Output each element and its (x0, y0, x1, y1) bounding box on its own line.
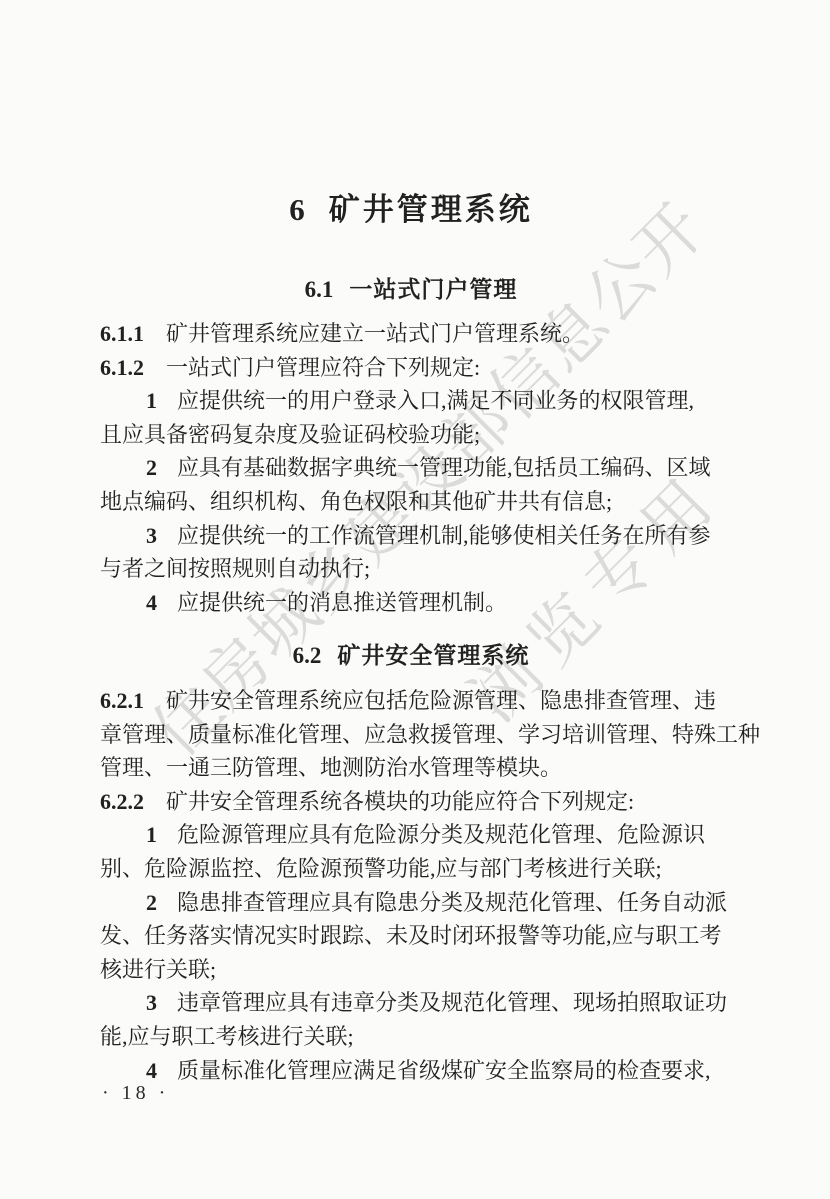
chapter-number: 6 (289, 192, 305, 227)
text-line: 6.1.1矿井管理系统应建立一站式门户管理系统。 (100, 317, 722, 351)
line-text: 章管理、质量标准化管理、应急救援管理、学习培训管理、特殊工种 (100, 722, 760, 747)
text-line: 能,应与职工考核进行关联; (100, 1020, 722, 1054)
section-title-text: 矿井安全管理系统 (337, 642, 529, 668)
text-line: 4应提供统一的消息推送管理机制。 (100, 586, 722, 620)
line-number: 1 (146, 388, 157, 413)
line-text: 地点编码、组织机构、角色权限和其他矿井共有信息; (100, 489, 612, 514)
line-number: 2 (146, 455, 157, 480)
chapter-title-text: 矿井管理系统 (329, 192, 533, 227)
section-title-text: 一站式门户管理 (349, 276, 517, 302)
line-text: 发、任务落实情况实时跟踪、未及时闭环报警等功能,应与职工考 (100, 923, 722, 948)
line-text: 矿井安全管理系统应包括危险源管理、隐患排查管理、违 (166, 688, 716, 713)
line-text: 违章管理应具有违章分类及规范化管理、现场拍照取证功 (177, 990, 727, 1015)
text-line: 1危险源管理应具有危险源分类及规范化管理、危险源识 (100, 818, 722, 852)
text-line: 别、危险源监控、危险源预警功能,应与部门考核进行关联; (100, 852, 722, 886)
line-text: 且应具备密码复杂度及验证码校验功能; (100, 422, 480, 447)
line-text: 管理、一通三防管理、地测防治水管理等模块。 (100, 755, 562, 780)
text-line: 章管理、质量标准化管理、应急救援管理、学习培训管理、特殊工种 (100, 718, 722, 752)
page-number: · 18 · (102, 1082, 169, 1105)
text-line: 3应提供统一的工作流管理机制,能够使相关任务在所有参 (100, 519, 722, 553)
text-line: 6.2.1矿井安全管理系统应包括危险源管理、隐患排查管理、违 (100, 684, 722, 718)
text-line: 地点编码、组织机构、角色权限和其他矿井共有信息; (100, 485, 722, 519)
text-line: 6.1.2一站式门户管理应符合下列规定: (100, 351, 722, 385)
line-number: 3 (146, 523, 157, 548)
text-line: 3违章管理应具有违章分类及规范化管理、现场拍照取证功 (100, 986, 722, 1020)
section-number: 6.1 (305, 277, 334, 302)
text-line: 2隐患排查管理应具有隐患分类及规范化管理、任务自动派 (100, 886, 722, 920)
line-text: 危险源管理应具有危险源分类及规范化管理、危险源识 (177, 822, 705, 847)
line-number: 6.1.2 (100, 355, 144, 380)
line-number: 6.2.2 (100, 789, 144, 814)
line-number: 1 (146, 822, 157, 847)
line-text: 应提供统一的用户登录入口,满足不同业务的权限管理, (177, 388, 694, 413)
line-text: 应提供统一的工作流管理机制,能够使相关任务在所有参 (177, 523, 711, 548)
line-text: 应提供统一的消息推送管理机制。 (177, 590, 507, 615)
line-number: 4 (146, 590, 157, 615)
line-text: 隐患排查管理应具有隐患分类及规范化管理、任务自动派 (177, 890, 727, 915)
section-heading: 6.2矿井安全管理系统 (100, 637, 722, 670)
line-text: 能,应与职工考核进行关联; (100, 1024, 354, 1049)
text-line: 管理、一通三防管理、地测防治水管理等模块。 (100, 751, 722, 785)
text-line: 发、任务落实情况实时跟踪、未及时闭环报警等功能,应与职工考 (100, 919, 722, 953)
text-line: 且应具备密码复杂度及验证码校验功能; (100, 418, 722, 452)
line-text: 质量标准化管理应满足省级煤矿安全监察局的检查要求, (177, 1058, 711, 1083)
line-number: 6.1.1 (100, 321, 144, 346)
line-number: 6.2.1 (100, 688, 144, 713)
line-text: 一站式门户管理应符合下列规定: (166, 355, 480, 380)
line-text: 与者之间按照规则自动执行; (100, 556, 370, 581)
line-text: 矿井管理系统应建立一站式门户管理系统。 (166, 321, 584, 346)
text-line: 2应具有基础数据字典统一管理功能,包括员工编码、区域 (100, 451, 722, 485)
text-line: 核进行关联; (100, 953, 722, 987)
line-number: 3 (146, 990, 157, 1015)
section-body: 6.2.1矿井安全管理系统应包括危险源管理、隐患排查管理、违章管理、质量标准化管… (100, 684, 722, 1087)
chapter-title: 6矿井管理系统 (100, 184, 722, 229)
document-page: 住房城乡建设部信息公开 浏览专用 6矿井管理系统 6.1一站式门户管理6.1.1… (0, 0, 830, 1199)
section-body: 6.1.1矿井管理系统应建立一站式门户管理系统。6.1.2一站式门户管理应符合下… (100, 317, 722, 619)
line-number: 2 (146, 890, 157, 915)
line-number: 4 (146, 1058, 157, 1083)
section-heading: 6.1一站式门户管理 (100, 271, 722, 304)
line-text: 核进行关联; (100, 957, 216, 982)
text-line: 6.2.2矿井安全管理系统各模块的功能应符合下列规定: (100, 785, 722, 819)
text-line: 4质量标准化管理应满足省级煤矿安全监察局的检查要求, (100, 1054, 722, 1088)
text-line: 1应提供统一的用户登录入口,满足不同业务的权限管理, (100, 384, 722, 418)
line-text: 矿井安全管理系统各模块的功能应符合下列规定: (166, 789, 634, 814)
section-number: 6.2 (293, 643, 322, 668)
line-text: 应具有基础数据字典统一管理功能,包括员工编码、区域 (177, 455, 711, 480)
line-text: 别、危险源监控、危险源预警功能,应与部门考核进行关联; (100, 856, 662, 881)
text-line: 与者之间按照规则自动执行; (100, 552, 722, 586)
